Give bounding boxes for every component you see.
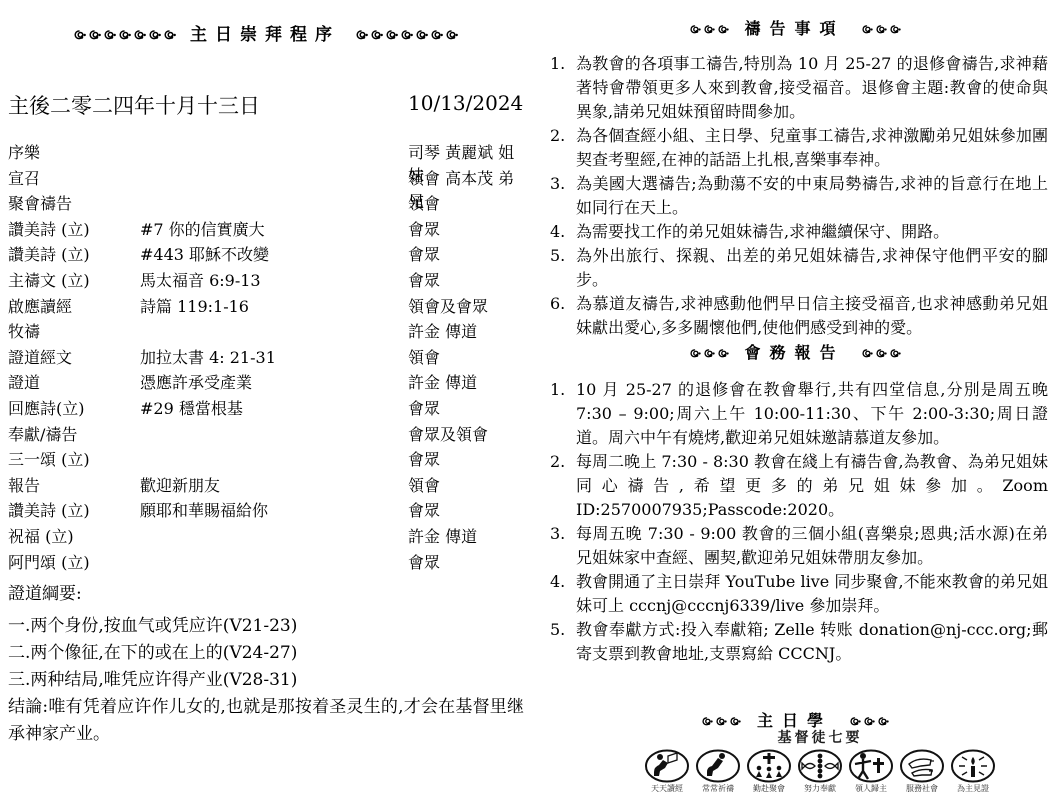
- ornament-icon: [700, 717, 741, 726]
- seven-essential-item: 勤赴聚會: [745, 749, 793, 793]
- table-row: 讚美詩 (立) #443 耶穌不改變 會眾: [8, 242, 524, 268]
- list-item-number: 2.: [550, 450, 576, 522]
- list-item: 4. 教會開通了主日崇拜 YouTube live 同步聚會,不能來教會的弟兄姐…: [550, 570, 1052, 618]
- page-title: 主日崇拜程序: [0, 20, 530, 45]
- program-servant: 會眾: [408, 242, 524, 268]
- program-servant: 會眾: [408, 217, 524, 243]
- program-detail: [140, 447, 408, 473]
- program-servant: 領會: [408, 191, 524, 217]
- prayer-items-list: 1. 為教會的各項事工禱告,特別為 10 月 25-27 的退修會禱告,求神藉著…: [550, 52, 1052, 340]
- list-item-number: 5.: [550, 618, 576, 666]
- program-servant: 許金 傳道: [408, 319, 524, 345]
- program-item: 啟應讀經: [8, 294, 140, 320]
- program-item: 聚會禱告: [8, 191, 140, 217]
- list-item-number: 4.: [550, 570, 576, 618]
- table-row: 牧禱 許金 傳道: [8, 319, 524, 345]
- program-servant: 會眾: [408, 447, 524, 473]
- program-servant: 領會 高本茂 弟兄: [408, 166, 524, 192]
- program-item: 阿門頌 (立): [8, 550, 140, 576]
- ornament-icon: [848, 717, 889, 726]
- list-item: 6. 為慕道友禱告,求神感動他們早日信主接受福音,也求神感動弟兄姐妹獻出愛心,多…: [550, 292, 1052, 340]
- table-row: 回應詩(立) #29 穩當根基 會眾: [8, 396, 524, 422]
- list-item: 5. 教會奉獻方式:投入奉獻箱; Zelle 转账 donation@nj-cc…: [550, 618, 1052, 666]
- outline-item: 二.两个像征,在下的或在上的(V24-27): [8, 640, 297, 667]
- list-item: 2. 為各個查經小組、主日學、兒童事工禱告,求神激勵弟兄姐妹參加團契查考聖經,在…: [550, 124, 1052, 172]
- icon-label: 為主見證: [949, 784, 997, 793]
- table-row: 讚美詩 (立) 願耶和華賜福給你 會眾: [8, 498, 524, 524]
- program-item: 祝福 (立): [8, 524, 140, 550]
- sermon-conclusion: 结論:唯有凭着应许作儿女的,也就是那按着圣灵生的,才会在基督里继承神家产业。: [8, 694, 524, 748]
- program-servant: 領會: [408, 345, 524, 371]
- list-item-text: 每周五晚 7:30 - 9:00 教會的三個小組(喜樂泉;恩典;活水源)在弟兄姐…: [576, 522, 1052, 570]
- announcements-column: 禱告事項 1. 為教會的各項事工禱告,特別為 10 月 25-27 的退修會禱告…: [530, 0, 1059, 798]
- list-item: 4. 為需要找工作的弟兄姐妹禱告,求神繼續保守、開路。: [550, 220, 1052, 244]
- pray-icon: [695, 749, 741, 783]
- list-item-text: 為教會的各項事工禱告,特別為 10 月 25-27 的退修會禱告,求神藉著特會帶…: [576, 52, 1052, 124]
- ornament-icon: [688, 25, 729, 34]
- list-item: 5. 為外出旅行、探親、出差的弟兄姐妹禱告,求神保守他們平安的腳步。: [550, 244, 1052, 292]
- program-servant: 司琴 黃麗斌 姐妹: [408, 140, 524, 166]
- table-row: 證道經文 加拉太書 4: 21-31 領會: [8, 345, 524, 371]
- program-servant: 會眾: [408, 396, 524, 422]
- table-row: 宣召 領會 高本茂 弟兄: [8, 166, 524, 192]
- witness-icon: [950, 749, 996, 783]
- table-row: 報告 歡迎新朋友 領會: [8, 473, 524, 499]
- table-row: 證道 憑應許承受產業 許金 傳道: [8, 370, 524, 396]
- ornament-icon: [860, 25, 901, 34]
- ornament-icon: [72, 30, 176, 40]
- program-item: 證道: [8, 370, 140, 396]
- program-item: 三一頌 (立): [8, 447, 140, 473]
- icon-label: 天天讀經: [643, 784, 691, 793]
- program-servant: 許金 傳道: [408, 524, 524, 550]
- program-servant: 會眾: [408, 268, 524, 294]
- table-row: 祝福 (立) 許金 傳道: [8, 524, 524, 550]
- seven-essential-item: 常常祈禱: [694, 749, 742, 793]
- list-item-number: 3.: [550, 522, 576, 570]
- program-detail: 憑應許承受產業: [140, 370, 408, 396]
- program-detail: [140, 191, 408, 217]
- page-title-text: 主日崇拜程序: [190, 25, 340, 45]
- icon-label: 常常祈禱: [694, 784, 742, 793]
- seven-essential-item: 天天讀經: [643, 749, 691, 793]
- icon-label: 努力奉獻: [796, 784, 844, 793]
- program-item: 主禱文 (立): [8, 268, 140, 294]
- announcements-header-text: 會務報告: [744, 343, 844, 362]
- list-item-number: 3.: [550, 172, 576, 220]
- program-item: 讚美詩 (立): [8, 217, 140, 243]
- offering-icon: [797, 749, 843, 783]
- ornament-icon: [354, 30, 458, 40]
- ornament-icon: [688, 349, 729, 358]
- lead-to-christ-icon: [848, 749, 894, 783]
- outline-item: 一.两个身份,按血气或凭应许(V21-23): [8, 613, 297, 640]
- program-item: 報告: [8, 473, 140, 499]
- table-row: 讚美詩 (立) #7 你的信實廣大 會眾: [8, 217, 524, 243]
- program-detail: #7 你的信實廣大: [140, 217, 408, 243]
- list-item-text: 為需要找工作的弟兄姐妹禱告,求神繼續保守、開路。: [576, 220, 1052, 244]
- table-row: 奉獻/禱告 會眾及領會: [8, 422, 524, 448]
- program-detail: [140, 422, 408, 448]
- list-item-text: 為各個查經小組、主日學、兒童事工禱告,求神激勵弟兄姐妹參加團契查考聖經,在神的話…: [576, 124, 1052, 172]
- seven-essential-item: 領人歸主: [847, 749, 895, 793]
- program-servant: 會眾及領會: [408, 422, 524, 448]
- table-row: 聚會禱告 領會: [8, 191, 524, 217]
- list-item-text: 每周二晚上 7:30 - 8:30 教會在綫上有禱告會,為教會、為弟兄姐妹同心禱…: [576, 450, 1052, 522]
- program-detail: 願耶和華賜福給你: [140, 498, 408, 524]
- list-item-text: 為外出旅行、探親、出差的弟兄姐妹禱告,求神保守他們平安的腳步。: [576, 244, 1052, 292]
- worship-program-column: 主日崇拜程序 主後二零二四年十月十三日 10/13/2024 序樂 司琴 黃麗斌…: [0, 0, 530, 798]
- bulletin-page: 主日崇拜程序 主後二零二四年十月十三日 10/13/2024 序樂 司琴 黃麗斌…: [0, 0, 1059, 798]
- list-item: 3. 每周五晚 7:30 - 9:00 教會的三個小組(喜樂泉;恩典;活水源)在…: [550, 522, 1052, 570]
- table-row: 阿門頌 (立) 會眾: [8, 550, 524, 576]
- outline-item: 三.两种结局,唯凭应许得产业(V28-31): [8, 667, 297, 694]
- serve-society-icon: [899, 749, 945, 783]
- program-item: 證道經文: [8, 345, 140, 371]
- program-detail: [140, 140, 408, 166]
- program-detail: 詩篇 119:1-16: [140, 294, 408, 320]
- list-item-text: 教會開通了主日崇拜 YouTube live 同步聚會,不能來教會的弟兄姐妹可上…: [576, 570, 1052, 618]
- table-row: 主禱文 (立) 馬太福音 6:9-13 會眾: [8, 268, 524, 294]
- program-detail: [140, 319, 408, 345]
- list-item-text: 教會奉獻方式:投入奉獻箱; Zelle 转账 donation@nj-ccc.o…: [576, 618, 1052, 666]
- list-item: 1. 為教會的各項事工禱告,特別為 10 月 25-27 的退修會禱告,求神藉著…: [550, 52, 1052, 124]
- date-row: 主後二零二四年十月十三日 10/13/2024: [8, 90, 522, 120]
- program-detail: 加拉太書 4: 21-31: [140, 345, 408, 371]
- program-detail: 歡迎新朋友: [140, 473, 408, 499]
- prayer-section-header: 禱告事項: [530, 16, 1059, 39]
- icon-label: 領人歸主: [847, 784, 895, 793]
- sermon-outline-title: 證道綱要:: [8, 579, 82, 604]
- program-item: 回應詩(立): [8, 396, 140, 422]
- program-item: 讚美詩 (立): [8, 498, 140, 524]
- icon-label: 服務社會: [898, 784, 946, 793]
- program-servant: 領會: [408, 473, 524, 499]
- icon-label: 勤赴聚會: [745, 784, 793, 793]
- list-item-text: 10 月 25-27 的退修會在教會舉行,共有四堂信息,分別是周五晚 7:30 …: [576, 378, 1052, 450]
- ornament-icon: [860, 349, 901, 358]
- list-item-text: 為慕道友禱告,求神感動他們早日信主接受福音,也求神感動弟兄姐妹獻出愛心,多多關懷…: [576, 292, 1052, 340]
- seven-essential-item: 為主見證: [949, 749, 997, 793]
- sermon-outline: 一.两个身份,按血气或凭应许(V21-23) 二.两个像征,在下的或在上的(V2…: [8, 613, 297, 694]
- announcements-section-header: 會務報告: [530, 340, 1059, 363]
- list-item-text: 為美國大選禱告;為動蕩不安的中東局勢禱告,求神的旨意行在地上如同行在天上。: [576, 172, 1052, 220]
- christian-seven-essentials-graphic: 基督徒七要 天天讀經: [638, 727, 1002, 793]
- list-item: 2. 每周二晚上 7:30 - 8:30 教會在綫上有禱告會,為教會、為弟兄姐妹…: [550, 450, 1052, 522]
- program-detail: [140, 166, 408, 192]
- seven-essential-item: 服務社會: [898, 749, 946, 793]
- program-item: 宣召: [8, 166, 140, 192]
- program-item: 讚美詩 (立): [8, 242, 140, 268]
- program-item: 牧禱: [8, 319, 140, 345]
- attend-meetings-icon: [746, 749, 792, 783]
- program-detail: 馬太福音 6:9-13: [140, 268, 408, 294]
- table-row: 啟應讀經 詩篇 119:1-16 領會及會眾: [8, 294, 524, 320]
- date-numeric: 10/13/2024: [408, 91, 523, 115]
- read-bible-icon: [644, 749, 690, 783]
- date-chinese: 主後二零二四年十月十三日: [8, 94, 260, 118]
- seven-essentials-icons-row: 天天讀經 常常祈禱: [638, 749, 1002, 793]
- list-item: 1. 10 月 25-27 的退修會在教會舉行,共有四堂信息,分別是周五晚 7:…: [550, 378, 1052, 450]
- list-item-number: 4.: [550, 220, 576, 244]
- program-detail: [140, 550, 408, 576]
- program-servant: 許金 傳道: [408, 370, 524, 396]
- list-item-number: 1.: [550, 52, 576, 124]
- prayer-header-text: 禱告事項: [744, 19, 844, 38]
- program-table: 序樂 司琴 黃麗斌 姐妹 宣召 領會 高本茂 弟兄 聚會禱告 領會: [8, 140, 524, 575]
- program-item: 序樂: [8, 140, 140, 166]
- program-servant: 會眾: [408, 550, 524, 576]
- list-item-number: 5.: [550, 244, 576, 292]
- list-item-number: 2.: [550, 124, 576, 172]
- seven-essential-item: 努力奉獻: [796, 749, 844, 793]
- program-detail: #443 耶穌不改變: [140, 242, 408, 268]
- program-servant: 領會及會眾: [408, 294, 524, 320]
- table-row: 三一頌 (立) 會眾: [8, 447, 524, 473]
- list-item: 3. 為美國大選禱告;為動蕩不安的中東局勢禱告,求神的旨意行在地上如同行在天上。: [550, 172, 1052, 220]
- program-item: 奉獻/禱告: [8, 422, 140, 448]
- list-item-number: 6.: [550, 292, 576, 340]
- program-servant: 會眾: [408, 498, 524, 524]
- program-detail: #29 穩當根基: [140, 396, 408, 422]
- announcements-items-list: 1. 10 月 25-27 的退修會在教會舉行,共有四堂信息,分別是周五晚 7:…: [550, 378, 1052, 666]
- program-detail: [140, 524, 408, 550]
- list-item-number: 1.: [550, 378, 576, 450]
- table-row: 序樂 司琴 黃麗斌 姐妹: [8, 140, 524, 166]
- seven-essentials-title: 基督徒七要: [638, 727, 1002, 747]
